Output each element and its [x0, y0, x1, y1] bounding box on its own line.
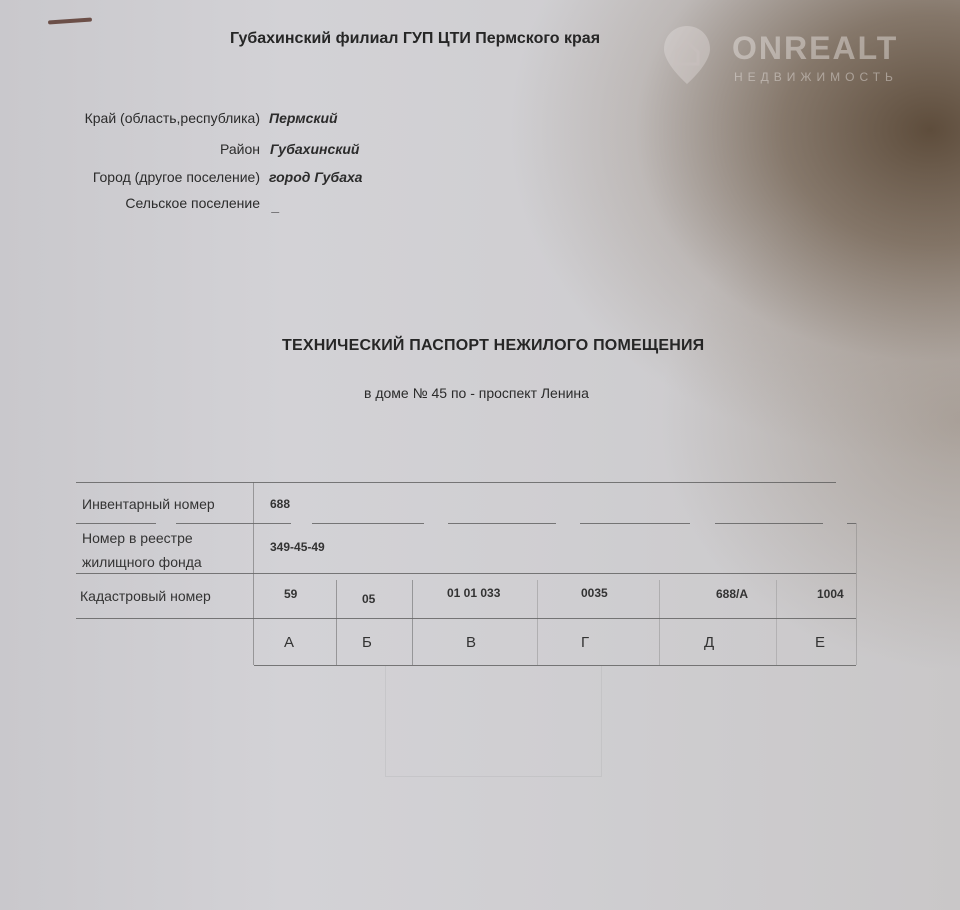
cadastral-part-1: 59 [284, 587, 297, 601]
document-address: в доме № 45 по - проспект Ленина [364, 385, 589, 401]
city-value: город Губаха [269, 169, 362, 185]
rural-settlement-label: Сельское поселение [0, 195, 260, 211]
inventory-number-value: 688 [270, 497, 290, 511]
district-label: Район [0, 141, 260, 157]
watermark-brand: ONREALT [732, 30, 898, 67]
region-value: Пермский [269, 110, 338, 126]
cadastral-part-3: 01 01 033 [447, 586, 500, 600]
registry-number-value: 349-45-49 [270, 540, 325, 554]
house-pin-icon [662, 24, 712, 86]
rural-settlement-value: _ [272, 198, 280, 214]
city-label: Город (другое поселение) [0, 169, 260, 185]
column-letter-g: Г [581, 634, 589, 651]
cadastral-part-5: 688/А [716, 587, 748, 601]
organization-header: Губахинский филиал ГУП ЦТИ Пермского кра… [230, 30, 600, 48]
cadastral-number-label: Кадастровый номер [80, 588, 211, 604]
column-letter-a: А [284, 634, 294, 651]
cadastral-part-2: 05 [362, 592, 375, 606]
registry-label-line1: Номер в реестре [82, 530, 193, 546]
cadastral-part-4: 0035 [581, 586, 608, 600]
registry-label-line2: жилищного фонда [82, 554, 202, 570]
watermark-subtitle: НЕДВИЖИМОСТЬ [734, 70, 898, 84]
district-value: Губахинский [270, 141, 359, 157]
column-letter-b: Б [362, 634, 372, 651]
column-letter-e: Е [815, 634, 825, 651]
inventory-number-label: Инвентарный номер [82, 496, 215, 512]
pen-mark [48, 17, 92, 24]
bleed-through-plan [385, 665, 602, 777]
column-letter-d: Д [704, 634, 714, 651]
region-label: Край (область,республика) [0, 110, 260, 126]
cadastral-part-6: 1004 [817, 587, 844, 601]
column-letter-v: В [466, 634, 476, 651]
document-title: ТЕХНИЧЕСКИЙ ПАСПОРТ НЕЖИЛОГО ПОМЕЩЕНИЯ [282, 337, 704, 355]
